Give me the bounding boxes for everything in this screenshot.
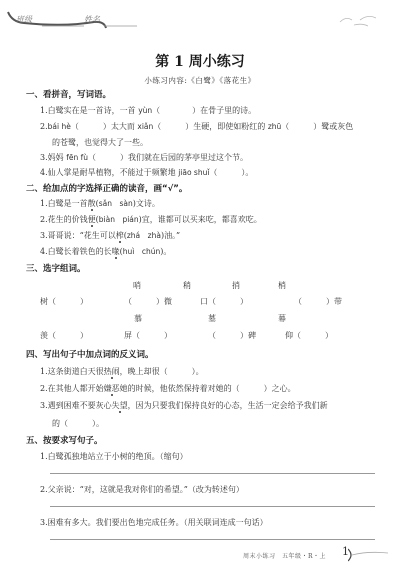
choice-char: 墓 — [208, 313, 216, 324]
choice-char: 捎 — [232, 280, 240, 291]
answer-blank[interactable]: （ ） — [153, 122, 193, 131]
choice-char: 慕 — [134, 313, 142, 324]
word-blank[interactable]: 屏（ ） — [124, 330, 172, 341]
cloud-icon — [332, 10, 392, 30]
section-4-heading: 四、写出句子中加点词的反义词。 — [26, 348, 154, 360]
s2-question-3: 3.哥哥说：“花生可以榨(zhá zhà)油。” — [40, 230, 180, 241]
section-2-heading: 二、给加点的字选择正确的读音，画“√”。 — [26, 182, 187, 194]
header-class-name-fields: 班级 姓名 — [4, 8, 139, 32]
s1-question-2: 2.bái hè（ ）太大而 xiǎn（ ）生硬，即使如粉红的 zhū（ ）鹭或… — [40, 121, 353, 132]
answer-line[interactable] — [50, 539, 375, 540]
s2-question-2: 2.花生的价钱便(biàn pián)宜，谁都可以买来吃，都喜欢吃。 — [40, 214, 262, 225]
s1-question-3: 3.妈妈 fēn fù（ ）我们就在后园的茅亭里过这个节。 — [40, 152, 248, 163]
choice-char: 哨 — [133, 280, 141, 291]
s2-question-1: 1.白鹭是一首散(sǎn sàn)文诗。 — [40, 198, 160, 209]
pinyin-options[interactable]: biàn pián — [99, 215, 139, 224]
pinyin-options[interactable]: sǎn sàn — [99, 199, 133, 208]
page-subtitle: 小练习内容:《白鹭》《落花生》 — [0, 75, 400, 86]
page-number-swirl-icon — [348, 547, 393, 563]
answer-blank[interactable]: （ ） — [71, 122, 111, 131]
choice-char: 幕 — [278, 313, 286, 324]
s1-question-2-cont: 的苍鹭，也觉得大了一些。 — [52, 137, 148, 148]
pinyin-options[interactable]: zhá zhà — [127, 231, 161, 240]
s2-question-4: 4.白鹭长着铁色的长喙(huì chún)。 — [40, 246, 171, 257]
section-5-heading: 五、按要求写句子。 — [26, 434, 103, 446]
answer-blank[interactable]: （ ） — [88, 153, 128, 162]
pinyin-options[interactable]: huì chún — [123, 247, 160, 256]
answer-blank[interactable]: （ ） — [209, 168, 245, 177]
s1-question-4: 4.仙人掌是耐旱植物，不能过于频繁地 jiāo shuǐ（ ）。 — [40, 167, 253, 178]
s5-question-2: 2.父亲说：“对，这就是我对你们的希望。”（改为转述句） — [40, 484, 244, 495]
answer-line[interactable] — [50, 473, 375, 474]
class-label: 班级 — [16, 14, 32, 25]
name-label: 姓名 — [84, 14, 100, 25]
word-blank[interactable]: 仰（ ） — [285, 330, 333, 341]
word-blank[interactable]: （ ）微 — [124, 296, 172, 307]
word-blank[interactable]: 树（ ） — [40, 296, 88, 307]
s5-question-1: 1.白鹭孤独地站立于小树的绝顶。（缩句） — [40, 451, 188, 462]
page-title: 第 1 周小练习 — [0, 51, 400, 71]
s4-question-3: 3.遇到困难不要灰心失望，因为只要我们保持良好的心态，生活一定会给予我们新 — [40, 400, 328, 411]
section-3-heading: 三、选字组词。 — [26, 262, 86, 274]
s4-question-3-cont: 的（ ）。 — [52, 418, 104, 429]
footer-text: 周末小练习 五年级・R・上 — [243, 551, 326, 560]
word-blank[interactable]: 口（ ） — [200, 296, 248, 307]
s5-question-3: 3.困难有多大。我们要出色地完成任务。（用关联词连成一句话） — [40, 517, 268, 528]
section-1-heading: 一、看拼音，写词语。 — [26, 88, 111, 100]
word-blank[interactable]: 羡（ ） — [40, 330, 88, 341]
word-blank[interactable]: （ ）带 — [294, 296, 342, 307]
s4-question-2: 2.在其他人都开始嫌恶她的时候，他依然保持着对她的（ ）之心。 — [40, 383, 296, 394]
s4-question-1: 1.这条街道白天很热闹，晚上却很（ ）。 — [40, 366, 204, 377]
answer-blank[interactable]: （ ） — [152, 106, 200, 115]
word-blank[interactable]: （ ）碑 — [208, 330, 256, 341]
answer-blank[interactable]: （ ） — [281, 122, 321, 131]
choice-char: 稍 — [183, 280, 191, 291]
answer-line[interactable] — [50, 506, 375, 507]
choice-char: 梢 — [278, 280, 286, 291]
s1-question-1: 1.白鹭实在是一首诗，一首 yùn（ ）在骨子里的诗。 — [40, 105, 256, 116]
